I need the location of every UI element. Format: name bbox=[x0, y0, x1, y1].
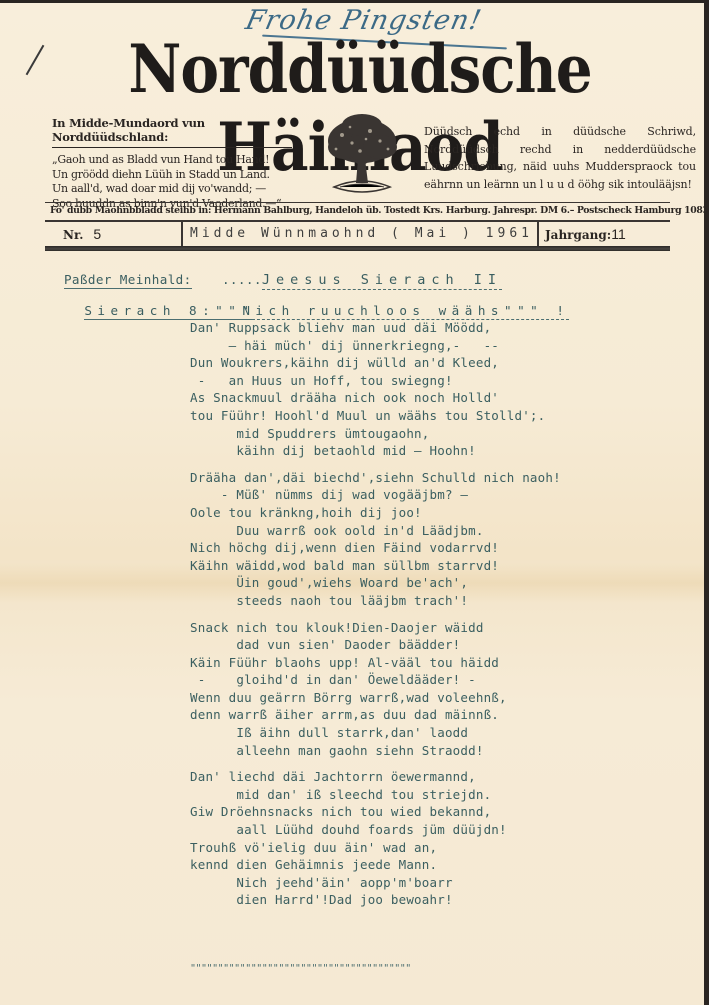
volume: Jahrgang:11 bbox=[545, 226, 626, 242]
poem-line: mid dan' iß sleechd tou striejdn. bbox=[190, 786, 561, 804]
poem: Dan' Ruppsack bliehv man uud däi Möödd, … bbox=[190, 319, 561, 909]
end-marks: """""""""""""""""""""""""""""""""""""""" bbox=[190, 963, 411, 974]
poem-line: Drääha dan',däi biechd',siehn Schulld ni… bbox=[190, 469, 561, 487]
subtitle-text: Nich ruuchloos wäähs""" ! bbox=[242, 303, 569, 320]
poem-line: alleehn man gaohn siehn Straodd! bbox=[190, 742, 561, 760]
poem-line: - an Huus un Hoff, tou swiegng! bbox=[190, 372, 561, 390]
author-label: Paßder Meinhald: bbox=[64, 272, 192, 289]
stanza: Snack nich tou klouk!Dien-Daojer wäidd d… bbox=[190, 619, 561, 760]
divider bbox=[45, 202, 670, 203]
motto-block: In Midde-Mundaord vun Norddüüdschland: „… bbox=[52, 116, 292, 211]
issue-date: Midde Wünnmaohnd ( Mai ) 1961 bbox=[190, 226, 533, 241]
volume-value: 11 bbox=[611, 226, 626, 242]
poem-line: aall Lüühd douhd foards jüm düüjdn! bbox=[190, 821, 561, 839]
divider bbox=[537, 222, 539, 246]
pen-mark bbox=[26, 45, 45, 75]
stanza: Dan' Ruppsack bliehv man uud däi Möödd, … bbox=[190, 319, 561, 460]
poem-line: - Müß' nümms dij wad vogääjbm? – bbox=[190, 486, 561, 504]
poem-line: Dan' liechd däi Jachtorrn öewermannd, bbox=[190, 768, 561, 786]
poem-line: kennd dien Gehäimnis jeede Mann. bbox=[190, 856, 561, 874]
poem-line: dad vun sien' Daoder bäädder! bbox=[190, 636, 561, 654]
poem-line: Nich jeehd'äin' aopp'm'boarr bbox=[190, 874, 561, 892]
poem-line: Dan' Ruppsack bliehv man uud däi Möödd, bbox=[190, 319, 561, 337]
poem-line: Dun Woukrers,käihn dij wülld an'd Kleed, bbox=[190, 354, 561, 372]
motto-heading: In Midde-Mundaord vun Norddüüdschland: bbox=[52, 116, 292, 148]
poem-line: mid Spuddrers ümtougaohn, bbox=[190, 425, 561, 443]
poem-line: Oole tou kränkng,hoih dij joo! bbox=[190, 504, 561, 522]
title-prefix: ..... bbox=[222, 272, 262, 287]
motto-line: Un gröödd diehn Lüüh in Stadd un Land. bbox=[52, 168, 292, 183]
poem-line: – häi müch' dij ünnerkriegng,- -- bbox=[190, 337, 561, 355]
mission-statement: Düüdsch echd in düüdsche Schriwd, Norddü… bbox=[424, 123, 696, 193]
poem-line: - gloihd'd in dan' Öeweldääder! - bbox=[190, 671, 561, 689]
stanza: Drääha dan',däi biechd',siehn Schulld ni… bbox=[190, 469, 561, 610]
newspaper-page: Frohe Pingsten! Norddüüdsche Häimaod In … bbox=[0, 3, 704, 1005]
oak-tree-icon bbox=[322, 113, 402, 195]
motto-line: „Gaoh und as Bladd vun Hand tou Hand! bbox=[52, 153, 292, 168]
imprint-line: Fö' dübb Maohnbbladd steihb in: Hermann … bbox=[50, 205, 670, 216]
issue-number-value: 5 bbox=[93, 226, 101, 242]
issue-number-label: Nr. bbox=[63, 228, 83, 242]
poem-line: dien Harrd'!Dad joo bewoahr! bbox=[190, 891, 561, 909]
poem-line: As Snackmuul drääha nich ook noch Holld' bbox=[190, 389, 561, 407]
issue-bar: Nr.5 Midde Wünnmaohnd ( Mai ) 1961 Jahrg… bbox=[45, 222, 670, 246]
poem-line: Iß äihn dull starrk,dan' laodd bbox=[190, 724, 561, 742]
poem-line: Duu warrß ook oold in'd Läädjbm. bbox=[190, 522, 561, 540]
poem-line: steeds naoh tou lääjbm trach'! bbox=[190, 592, 561, 610]
poem-line: Käihn wäidd,wod bald man süllbm starrvd! bbox=[190, 557, 561, 575]
poem-line: Käin Füühr blaohs upp! Al-vääl tou häidd bbox=[190, 654, 561, 672]
poem-line: Üin goud',wiehs Woard be'ach', bbox=[190, 574, 561, 592]
poem-line: Trouhß vö'ielig duu äin' wad an, bbox=[190, 839, 561, 857]
issue-number: Nr.5 bbox=[63, 226, 101, 242]
divider bbox=[181, 222, 183, 246]
poem-line: käihn dij betaohld mid – Hoohn! bbox=[190, 442, 561, 460]
poem-line: Nich höchg dij,wenn dien Fäind vodarrvd! bbox=[190, 539, 561, 557]
poem-line: Snack nich tou klouk!Dien-Daojer wäidd bbox=[190, 619, 561, 637]
poem-line: Giw Dröehnsnacks nich tou wied bekannd, bbox=[190, 803, 561, 821]
poem-line: denn warrß äiher arrm,as duu dad mäinnß. bbox=[190, 706, 561, 724]
volume-label: Jahrgang: bbox=[545, 228, 611, 242]
thick-divider bbox=[45, 246, 670, 251]
poem-line: Wenn duu geärrn Börrg warrß,wad voleehnß… bbox=[190, 689, 561, 707]
stanza: Dan' liechd däi Jachtorrn öewermannd, mi… bbox=[190, 768, 561, 909]
poem-line: tou Füühr! Hoohl'd Muul un wäähs tou Sto… bbox=[190, 407, 561, 425]
motto-line: Un aall'd, wad doar mid dij vo'wandd; — bbox=[52, 182, 292, 197]
